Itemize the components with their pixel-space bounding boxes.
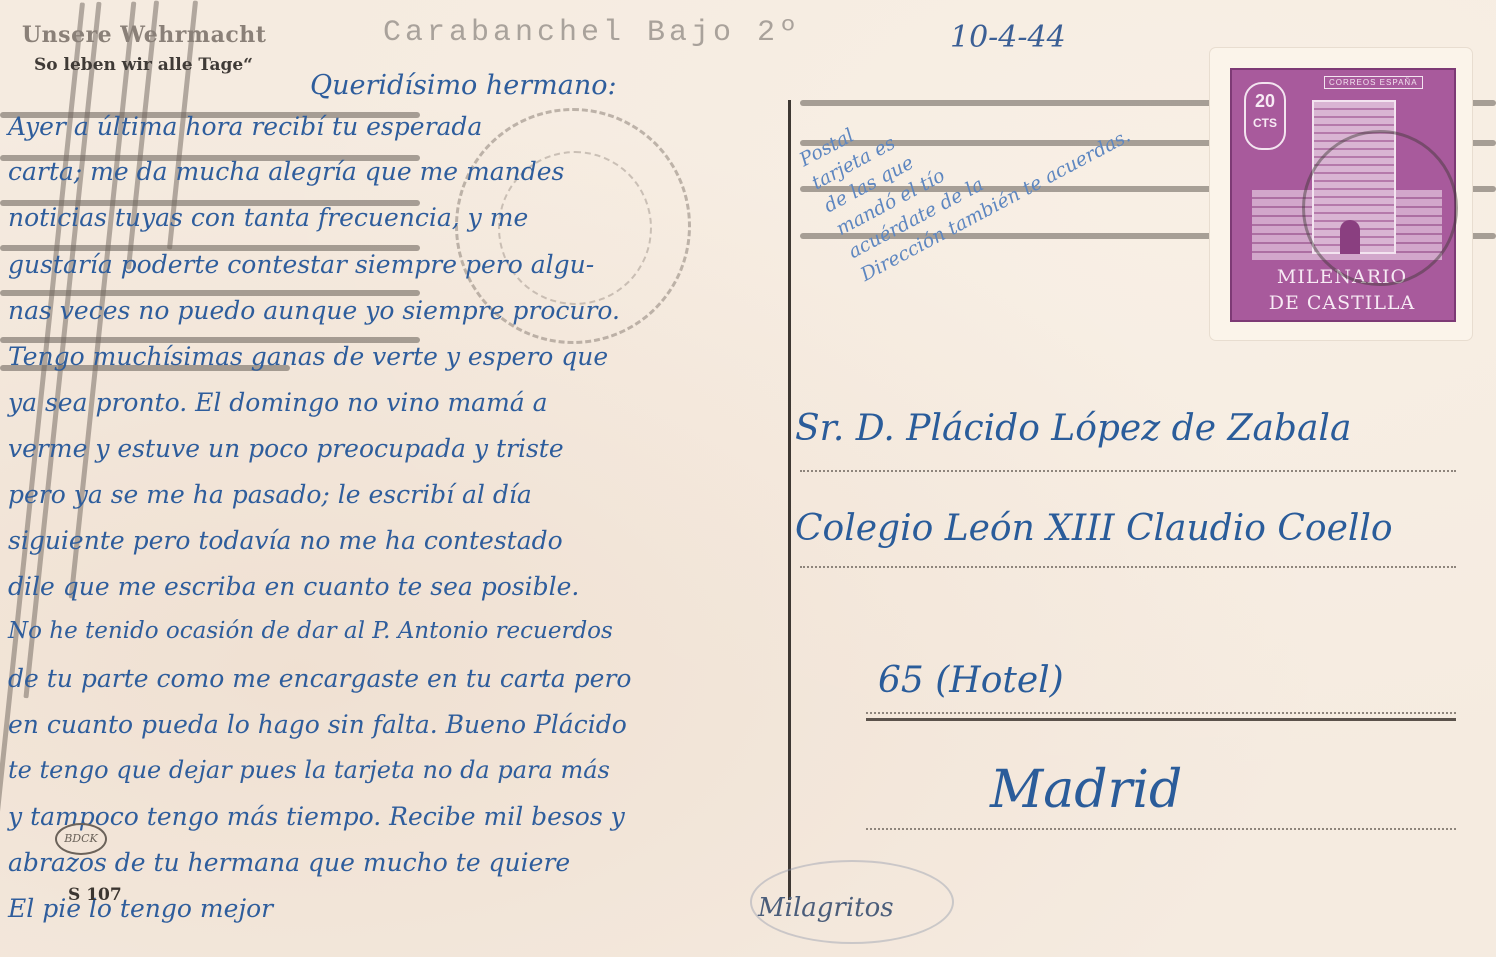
- message-line: Ayer a última hora recibí tu esperada: [8, 112, 482, 141]
- printed-title: Unsere Wehrmacht: [22, 22, 266, 48]
- address-rule: [866, 828, 1456, 830]
- address-rule: [866, 712, 1456, 714]
- center-divider: [788, 100, 791, 900]
- postcard-back: Unsere Wehrmacht So leben wir alle Tage“…: [0, 0, 1496, 957]
- stamp-country: CORREOS ESPAÑA: [1324, 76, 1423, 89]
- address-rule: [866, 718, 1456, 721]
- signature: Milagritos: [758, 893, 894, 923]
- address-rule: [800, 566, 1456, 568]
- message-line: noticias tuyas con tanta frecuencia, y m…: [8, 203, 528, 232]
- message-line: ya sea pronto. El domingo no vino mamá a: [8, 388, 548, 417]
- greeting: Queridísimo hermano:: [310, 70, 617, 101]
- address-line-3: 65 (Hotel): [878, 660, 1064, 701]
- publisher-logo: BDCK: [55, 823, 107, 855]
- stamp-value: 20 CTS: [1244, 82, 1286, 150]
- message-line: te tengo que dejar pues la tarjeta no da…: [8, 756, 610, 784]
- address-line-2: Colegio León XIII Claudio Coello: [795, 508, 1393, 549]
- stamp-value-number: 20: [1246, 90, 1284, 112]
- postage-stamp: 20 CTS CORREOS ESPAÑA MILENARIO DE CASTI…: [1210, 48, 1472, 340]
- message-line: carta; me da mucha alegría que me mandes: [8, 157, 564, 186]
- address-line-1: Sr. D. Plácido López de Zabala: [795, 408, 1351, 449]
- printed-subtitle: So leben wir alle Tage“: [34, 55, 253, 75]
- stamp-label-line2: DE CASTILLA: [1242, 292, 1442, 314]
- stamp-cancel-mark: [1302, 130, 1458, 286]
- address-line-4: Madrid: [990, 760, 1182, 820]
- machine-postmark: Carabanchel Bajo 2º: [383, 16, 801, 50]
- message-line: pero ya se me ha pasado; le escribí al d…: [8, 480, 532, 509]
- message-line: Tengo muchísimas ganas de verte y espero…: [8, 342, 608, 371]
- stamp-design: 20 CTS CORREOS ESPAÑA MILENARIO DE CASTI…: [1230, 68, 1456, 322]
- message-line: verme y estuve un poco preocupada y tris…: [8, 434, 564, 463]
- message-line: gustaría poderte contestar siempre pero …: [8, 250, 594, 279]
- message-line: en cuanto pueda lo hago sin falta. Bueno…: [8, 710, 627, 739]
- message-line: No he tenido ocasión de dar al P. Antoni…: [8, 618, 613, 644]
- message-line: y tampoco tengo más tiempo. Recibe mil b…: [8, 802, 625, 831]
- message-line: dile que me escriba en cuanto te sea pos…: [8, 572, 579, 601]
- publisher-code: S 107: [68, 885, 122, 905]
- message-line: siguiente pero todavía no me ha contesta…: [8, 526, 563, 555]
- message-line: de tu parte como me encargaste en tu car…: [8, 664, 631, 693]
- message-line: El pie lo tengo mejor: [8, 894, 273, 923]
- address-rule: [800, 470, 1456, 472]
- message-line: nas veces no puedo aunque yo siempre pro…: [8, 296, 620, 325]
- stamp-value-unit: CTS: [1246, 112, 1284, 134]
